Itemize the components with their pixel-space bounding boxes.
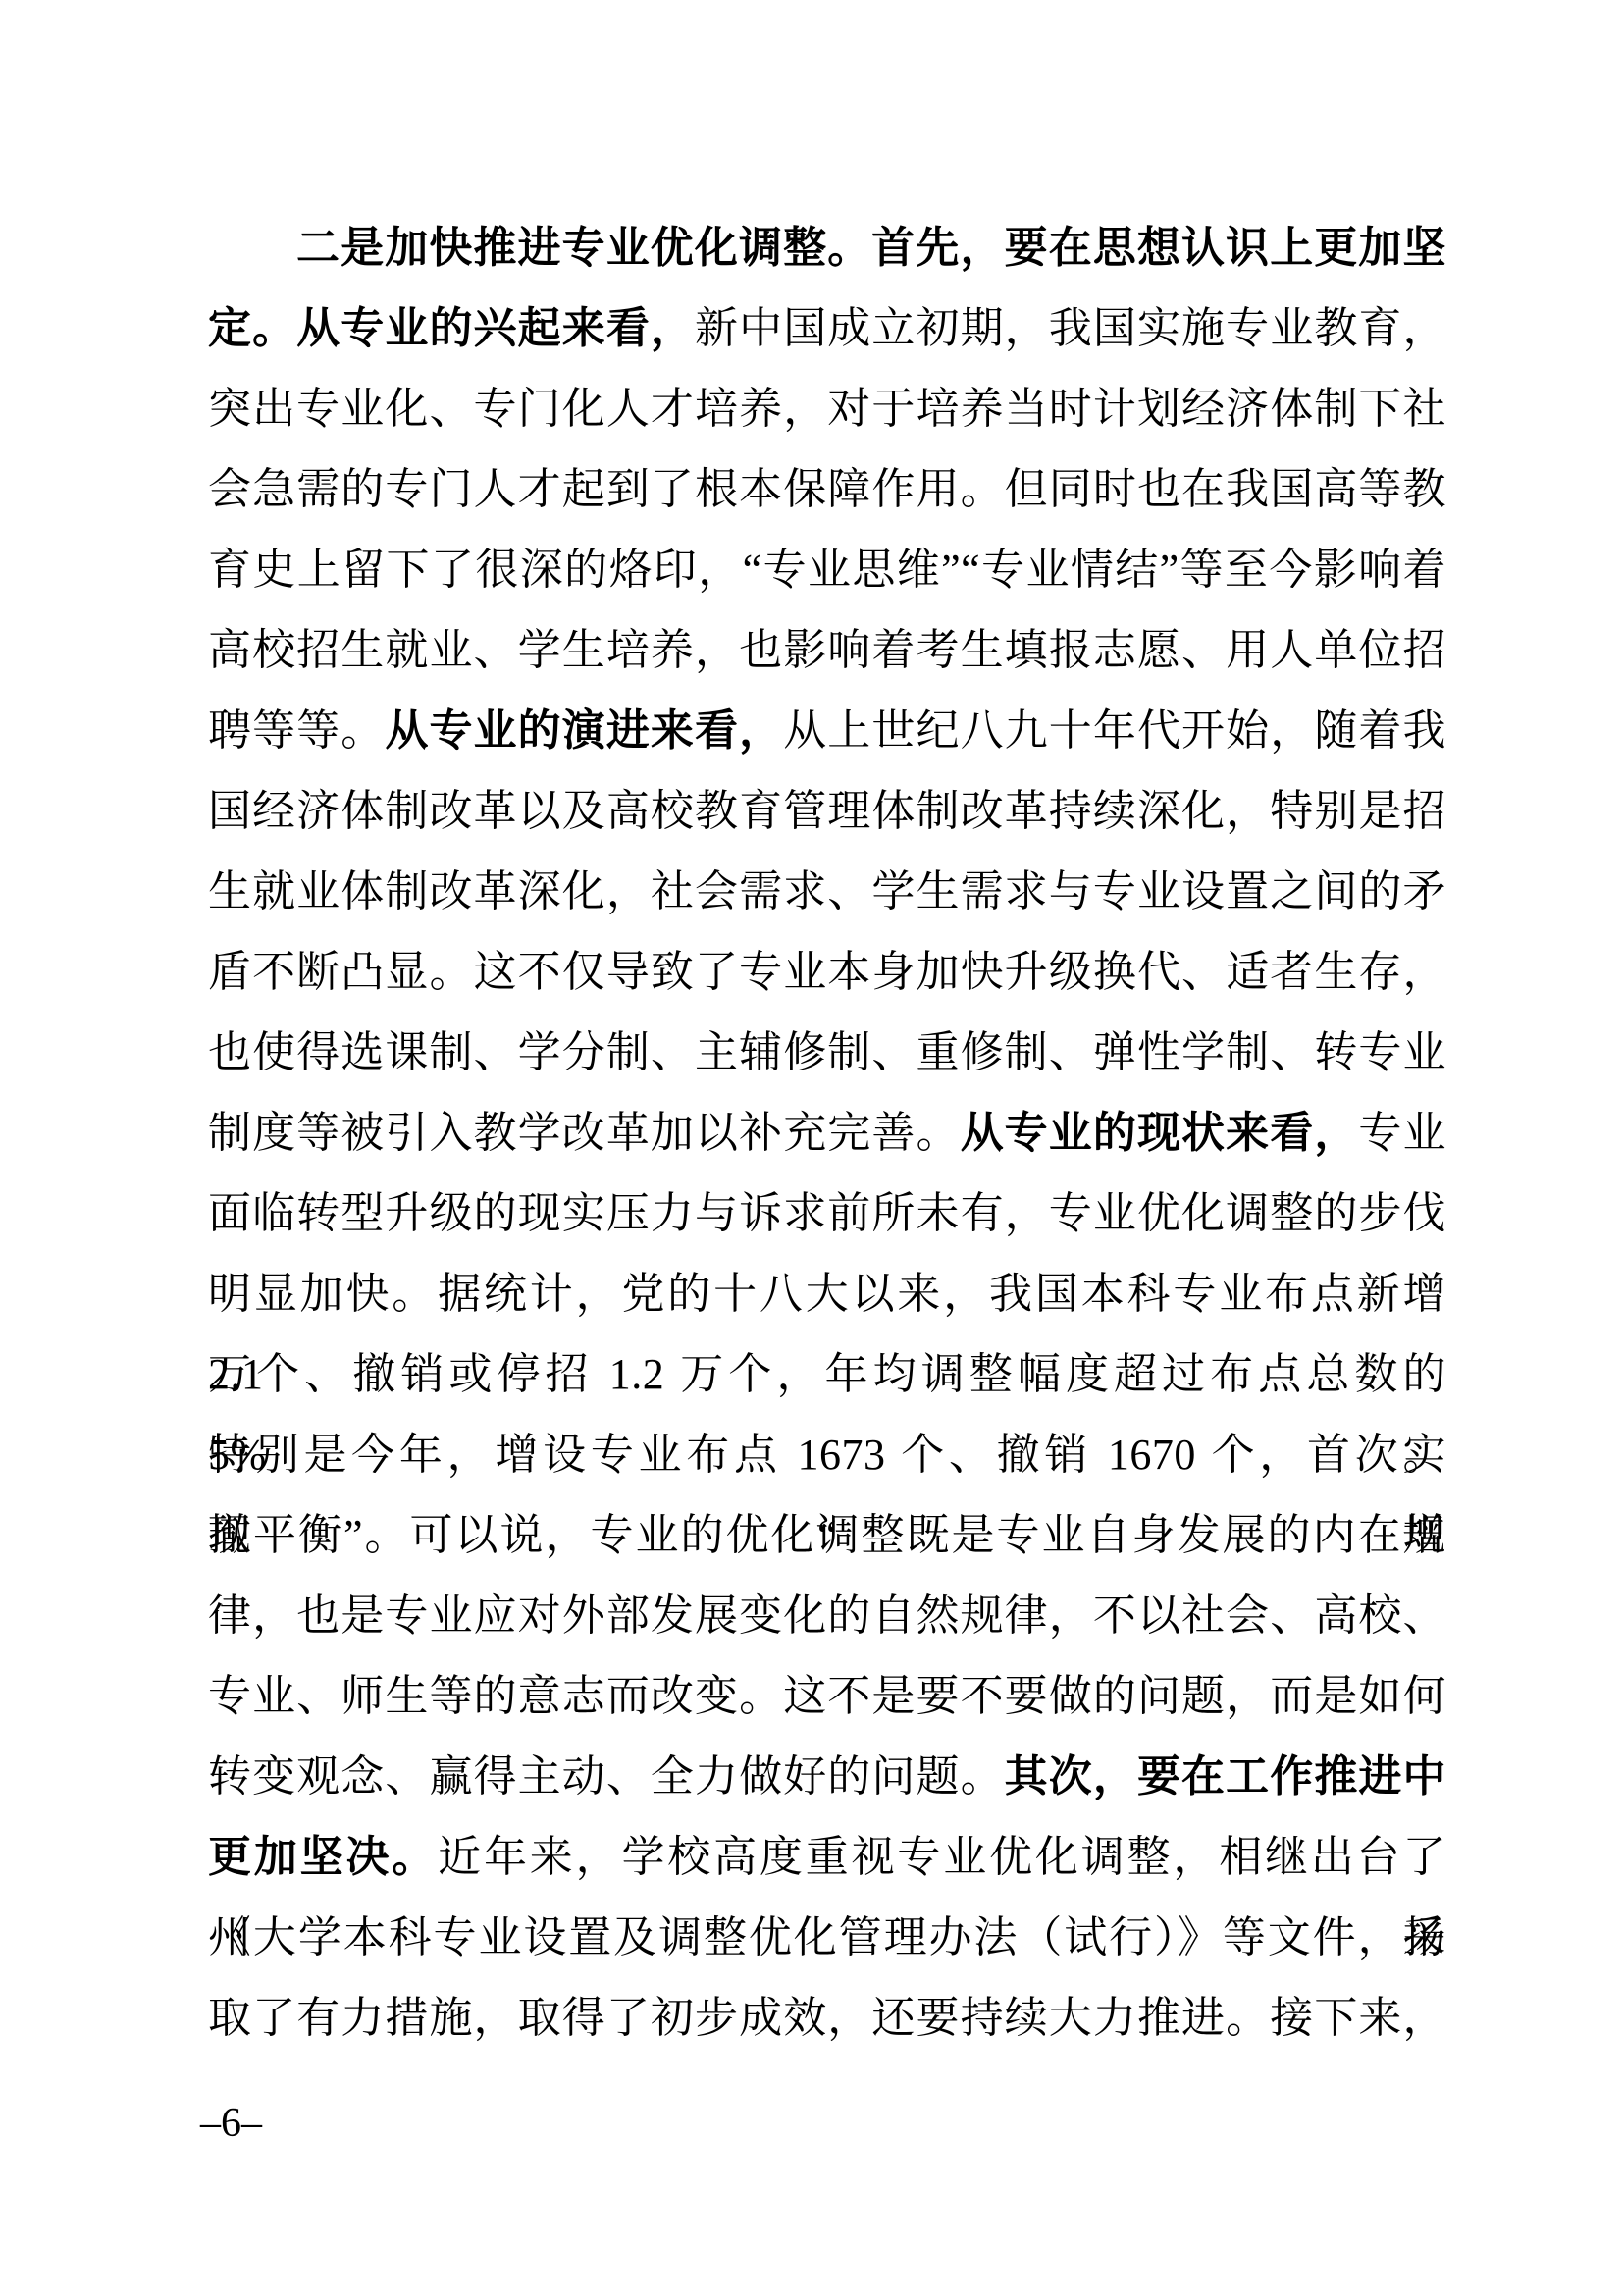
text-line: 州大学本科专业设置及调整优化管理办法（试行）》等文件，采 bbox=[208, 1898, 1446, 1978]
text-line: 明显加快。据统计，党的十八大以来，我国本科专业布点新增 2.1 bbox=[208, 1254, 1446, 1334]
body-text: 突出专业化、专门化人才培养，对于培养当时计划经济体制下社 bbox=[208, 385, 1446, 433]
text-line: 盾不断凸显。这不仅导致了专业本身加快升级换代、适者生存， bbox=[208, 932, 1446, 1013]
body-text: 转变观念、赢得主动、全力做好的问题。 bbox=[208, 1752, 1005, 1800]
body-text: 面临转型升级的现实压力与诉求前所未有，专业优化调整的步伐 bbox=[208, 1189, 1446, 1237]
body-text: 州大学本科专业设置及调整优化管理办法（试行）》等文件，采 bbox=[208, 1913, 1446, 1961]
text-line: 更加坚决。近年来，学校高度重视专业优化调整，相继出台了《扬 bbox=[208, 1817, 1446, 1898]
text-line: 撤平衡”。可以说，专业的优化调整既是专业自身发展的内在规 bbox=[208, 1495, 1446, 1576]
body-text: 生就业体制改革深化，社会需求、学生需求与专业设置之间的矛 bbox=[208, 867, 1446, 915]
text-line: 律，也是专业应对外部发展变化的自然规律，不以社会、高校、 bbox=[208, 1576, 1446, 1656]
body-text: 撤平衡”。可以说，专业的优化调整既是专业自身发展的内在规 bbox=[208, 1511, 1446, 1559]
text-line: 二是加快推进专业优化调整。首先，要在思想认识上更加坚 bbox=[208, 208, 1446, 288]
body-text: 也使得选课制、学分制、主辅修制、重修制、弹性学制、转专业 bbox=[208, 1028, 1446, 1076]
text-line: 转变观念、赢得主动、全力做好的问题。其次，要在工作推进中 bbox=[208, 1737, 1446, 1817]
text-line: 会急需的专门人才起到了根本保障作用。但同时也在我国高等教 bbox=[208, 449, 1446, 530]
body-text: 聘等等。 bbox=[208, 706, 385, 755]
text-line: 育史上留下了很深的烙印，“专业思维”“专业情结”等至今影响着 bbox=[208, 530, 1446, 610]
body-text: 育史上留下了很深的烙印，“专业思维”“专业情结”等至今影响着 bbox=[208, 546, 1446, 594]
body-text: 取了有力措施，取得了初步成效，还要持续大力推进。接下来， bbox=[208, 1994, 1446, 2042]
body-text: 专业、师生等的意志而改变。这不是要不要做的问题，而是如何 bbox=[208, 1672, 1446, 1720]
text-line: 高校招生就业、学生培养，也影响着考生填报志愿、用人单位招 bbox=[208, 610, 1446, 691]
body-text: 国经济体制改革以及高校教育管理体制改革持续深化，特别是招 bbox=[208, 787, 1446, 835]
text-line: 定。从专业的兴起来看，新中国成立初期，我国实施专业教育， bbox=[208, 288, 1446, 369]
text-line: 突出专业化、专门化人才培养，对于培养当时计划经济体制下社 bbox=[208, 369, 1446, 449]
body-text: 专业 bbox=[1358, 1109, 1446, 1157]
document-page: 二是加快推进专业优化调整。首先，要在思想认识上更加坚定。从专业的兴起来看，新中国… bbox=[0, 0, 1624, 2296]
emphasis-text: 其次，要在工作推进中 bbox=[1005, 1752, 1446, 1800]
text-line: 取了有力措施，取得了初步成效，还要持续大力推进。接下来， bbox=[208, 1978, 1446, 2059]
body-text: 制度等被引入教学改革加以补充完善。 bbox=[208, 1109, 961, 1157]
text-line: 国经济体制改革以及高校教育管理体制改革持续深化，特别是招 bbox=[208, 771, 1446, 852]
text-line: 专业、师生等的意志而改变。这不是要不要做的问题，而是如何 bbox=[208, 1656, 1446, 1737]
text-line: 聘等等。从专业的演进来看，从上世纪八九十年代开始，随着我 bbox=[208, 691, 1446, 771]
body-text: 律，也是专业应对外部发展变化的自然规律，不以社会、高校、 bbox=[208, 1592, 1446, 1640]
emphasis-text: 二是加快推进专业优化调整。首先，要在思想认识上更加坚 bbox=[296, 224, 1446, 272]
body-text: 盾不断凸显。这不仅导致了专业本身加快升级换代、适者生存， bbox=[208, 948, 1446, 996]
emphasis-text: 定。从专业的兴起来看， bbox=[208, 304, 695, 352]
emphasis-text: 更加坚决。 bbox=[208, 1833, 438, 1881]
emphasis-text: 从专业的演进来看， bbox=[385, 706, 783, 755]
text-line: 制度等被引入教学改革加以补充完善。从专业的现状来看，专业 bbox=[208, 1093, 1446, 1174]
body-text: 新中国成立初期，我国实施专业教育， bbox=[695, 304, 1446, 352]
text-line: 面临转型升级的现实压力与诉求前所未有，专业优化调整的步伐 bbox=[208, 1174, 1446, 1254]
text-line: 特别是今年，增设专业布点 1673 个、撤销 1670 个，首次实现“增 bbox=[208, 1415, 1446, 1495]
text-line: 也使得选课制、学分制、主辅修制、重修制、弹性学制、转专业 bbox=[208, 1013, 1446, 1093]
body-text: 会急需的专门人才起到了根本保障作用。但同时也在我国高等教 bbox=[208, 465, 1446, 513]
body-text: 高校招生就业、学生培养，也影响着考生填报志愿、用人单位招 bbox=[208, 626, 1446, 674]
text-line: 生就业体制改革深化，社会需求、学生需求与专业设置之间的矛 bbox=[208, 852, 1446, 932]
page-number: –6– bbox=[200, 2096, 262, 2151]
text-line: 万个、撤销或停招 1.2 万个，年均调整幅度超过布点总数的 5%。 bbox=[208, 1334, 1446, 1415]
emphasis-text: 从专业的现状来看， bbox=[961, 1109, 1359, 1157]
document-body: 二是加快推进专业优化调整。首先，要在思想认识上更加坚定。从专业的兴起来看，新中国… bbox=[208, 208, 1446, 2059]
body-text: 从上世纪八九十年代开始，随着我 bbox=[783, 706, 1446, 755]
